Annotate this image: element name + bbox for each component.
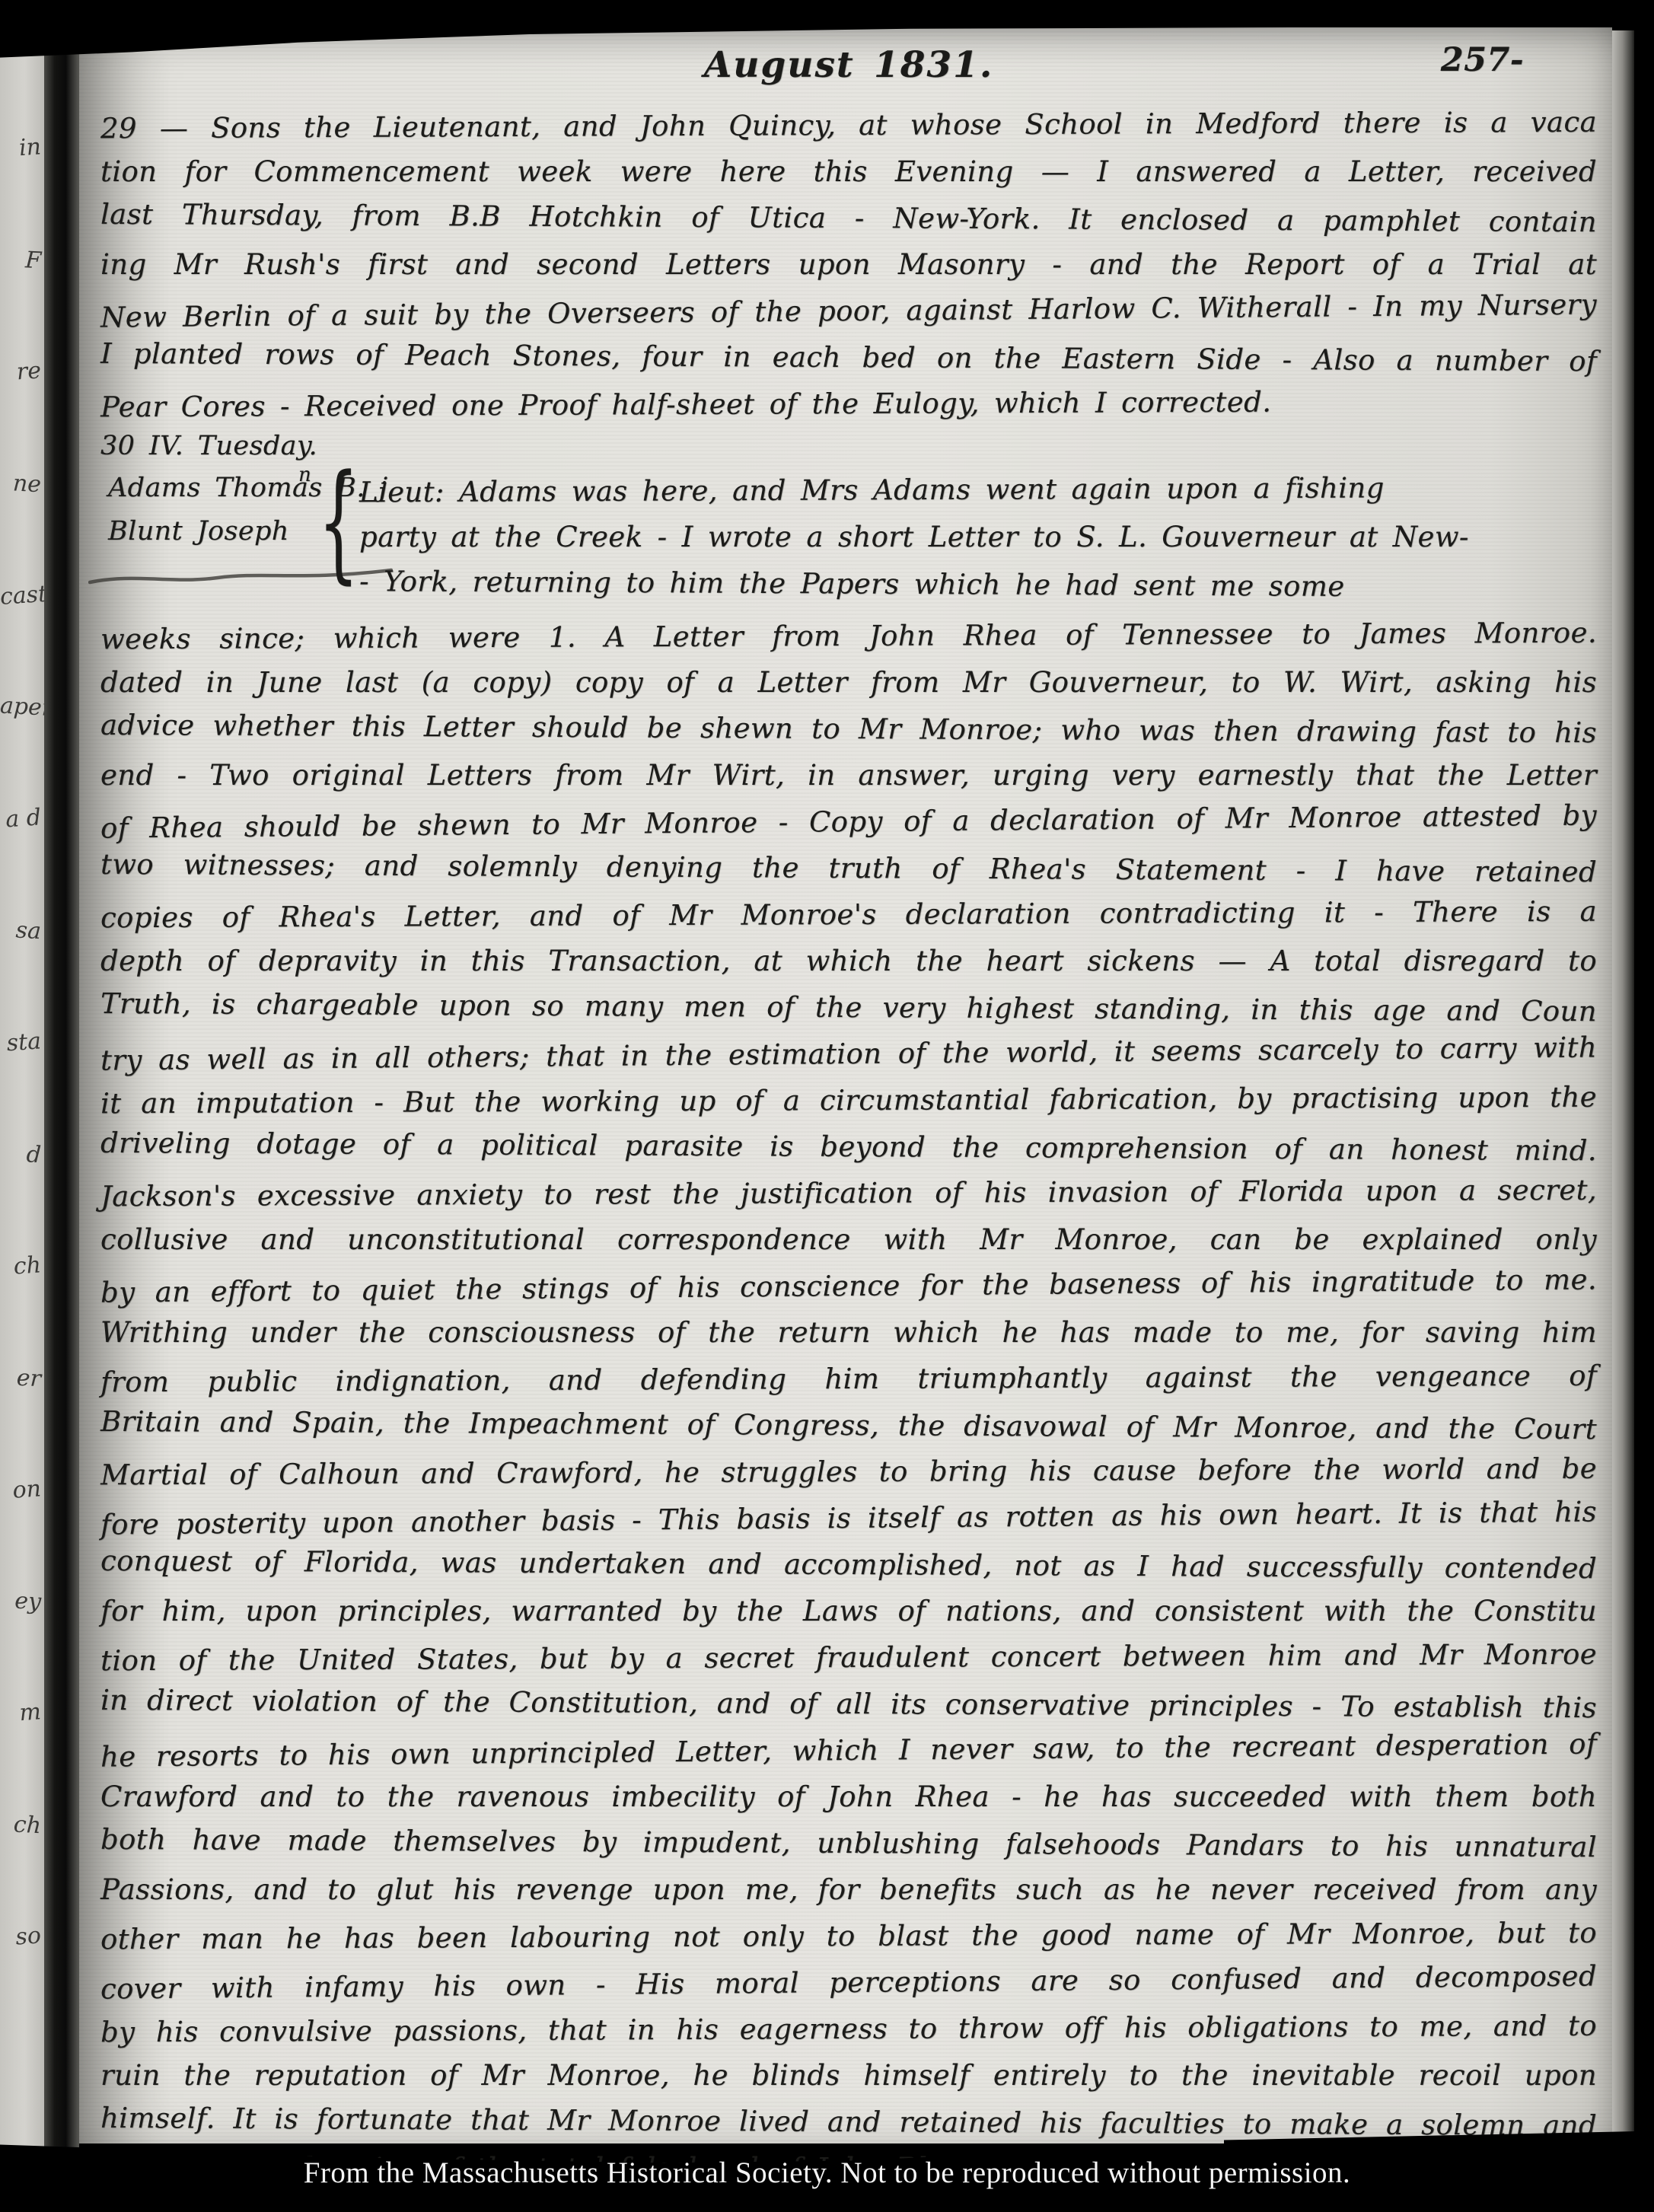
page-number: 257- bbox=[1441, 41, 1524, 79]
gutter-text-fragment: ey bbox=[0, 1589, 44, 1614]
gutter-text-fragment: casto bbox=[0, 583, 44, 609]
binding-gutter-shadow bbox=[44, 21, 79, 2153]
date-heading: August 1831. bbox=[100, 44, 1597, 86]
brace-column: n { bbox=[314, 467, 359, 608]
gutter-text-fragment: d bbox=[0, 1142, 44, 1167]
caption-band: From the Massachusetts Historical Societ… bbox=[0, 2156, 1654, 2190]
margin-name-list: Adams Thomas B. jBlunt Joseph bbox=[100, 467, 314, 608]
caret-mark: n bbox=[298, 464, 311, 486]
handwritten-line: for him, upon principles, warranted by t… bbox=[100, 1588, 1597, 1634]
handwritten-line: by his convulsive passions, that in his … bbox=[100, 2003, 1597, 2056]
handwritten-line: two witnesses; and solemnly denying the … bbox=[100, 841, 1597, 895]
handwritten-line: tion of the United States, but by a secr… bbox=[100, 1631, 1597, 1684]
handwritten-line: ing Mr Rush's first and second Letters u… bbox=[100, 241, 1597, 288]
handwritten-line: end - Two original Letters from Mr Wirt,… bbox=[100, 752, 1597, 798]
gutter-text-fragment: ne bbox=[0, 471, 44, 496]
page-thickness-edge bbox=[1612, 30, 1635, 2140]
handwritten-line: ruin the reputation of Mr Monroe, he bli… bbox=[100, 2052, 1597, 2099]
handwritten-line: dated in June last (a copy) copy of a Le… bbox=[100, 659, 1597, 706]
handwritten-line: tion for Commencement week were here thi… bbox=[100, 148, 1597, 195]
entry-august-29: 29 — Sons the Lieutenant, and John Quinc… bbox=[100, 102, 1597, 427]
handwritten-line: Writhing under the consciousness of the … bbox=[100, 1309, 1597, 1356]
indented-lines: Lieut: Adams was here, and Mrs Adams wen… bbox=[359, 467, 1486, 608]
handwritten-line: he resorts to his own unprincipled Lette… bbox=[100, 1720, 1597, 1780]
handwritten-line: party at the Creek - I wrote a short Let… bbox=[359, 514, 1486, 561]
gutter-text-fragment: aper bbox=[0, 695, 44, 720]
margin-name: Adams Thomas B. j bbox=[108, 467, 314, 510]
copyright-caption: From the Massachusetts Historical Societ… bbox=[304, 2156, 1351, 2189]
entry-august-30-body: weeks since; which were 1. A Letter from… bbox=[100, 613, 1597, 2191]
handwritten-line: copies of Rhea's Letter, and of Mr Monro… bbox=[100, 888, 1597, 942]
handwritten-line: 29 — Sons the Lieutenant, and John Quinc… bbox=[100, 99, 1597, 152]
gutter-text-fragment: so bbox=[0, 1924, 44, 1950]
handwritten-line: it an imputation - But the working up of… bbox=[100, 1074, 1597, 1127]
brace-icon: { bbox=[318, 457, 359, 585]
page-header: August 1831. 257- bbox=[100, 40, 1597, 96]
entry-august-30-margin-block: Adams Thomas B. jBlunt Joseph n { Lieut:… bbox=[100, 467, 1597, 608]
handwritten-line: I planted rows of Peach Stones, four in … bbox=[100, 330, 1597, 384]
gutter-text-fragment: re bbox=[0, 359, 44, 385]
handwritten-line: Pear Cores - Received one Proof half-she… bbox=[100, 378, 1597, 431]
gutter-text-fragment: F bbox=[0, 247, 44, 273]
handwritten-line: advice whether this Letter should be she… bbox=[100, 702, 1597, 756]
handwritten-line: Lieut: Adams was here, and Mrs Adams wen… bbox=[359, 464, 1486, 516]
handwritten-line: from public indignation, and defending h… bbox=[100, 1353, 1597, 1406]
gutter-text-fragment: sta bbox=[0, 1030, 44, 1056]
right-black-border bbox=[1634, 0, 1654, 2212]
gutter-text-fragment: on bbox=[0, 1477, 44, 1503]
handwritten-line: by an effort to quiet the stings of his … bbox=[100, 1256, 1597, 1315]
handwritten-line: Passions, and to glut his revenge upon m… bbox=[100, 1866, 1597, 1913]
handwritten-line: Crawford and to the ravenous imbecility … bbox=[100, 1774, 1597, 1820]
gutter-text-fragment: a d bbox=[0, 806, 44, 832]
diary-page: August 1831. 257- 29 — Sons the Lieutena… bbox=[79, 27, 1612, 2143]
handwritten-line: - York, returning to him the Papers whic… bbox=[359, 558, 1486, 611]
handwritten-line: Jackson's excessive anxiety to rest the … bbox=[100, 1167, 1597, 1220]
margin-name: Blunt Joseph bbox=[108, 510, 314, 553]
handwritten-line: weeks since; which were 1. A Letter from… bbox=[100, 610, 1597, 663]
manuscript-scan: inFrenecastoapera dsastadcheroneymchso A… bbox=[0, 0, 1654, 2212]
handwritten-line: Britain and Spain, the Impeachment of Co… bbox=[100, 1398, 1597, 1452]
gutter-text-fragment: er bbox=[0, 1366, 44, 1391]
handwritten-line: conquest of Florida, was undertaken and … bbox=[100, 1538, 1597, 1592]
facing-page-strip: inFrenecastoapera dsastadcheroneymchso bbox=[0, 23, 44, 2147]
handwritten-line: depth of depravity in this Transaction, … bbox=[100, 938, 1597, 984]
gutter-text-fragment: in bbox=[0, 135, 44, 161]
gutter-text-fragment: ch bbox=[0, 1254, 44, 1280]
handwritten-line: both have made themselves by impudent, u… bbox=[100, 1816, 1597, 1870]
gutter-text-fragment: m bbox=[0, 1700, 44, 1726]
handwritten-line: collusive and unconstitutional correspon… bbox=[100, 1216, 1597, 1263]
gutter-text-fragment: ch bbox=[0, 1813, 44, 1838]
gutter-text-fragment: sa bbox=[0, 919, 44, 944]
handwritten-line: last Thursday, from B.B Hotchkin of Utic… bbox=[100, 191, 1597, 245]
handwritten-line: driveling dotage of a political parasite… bbox=[100, 1120, 1597, 1174]
